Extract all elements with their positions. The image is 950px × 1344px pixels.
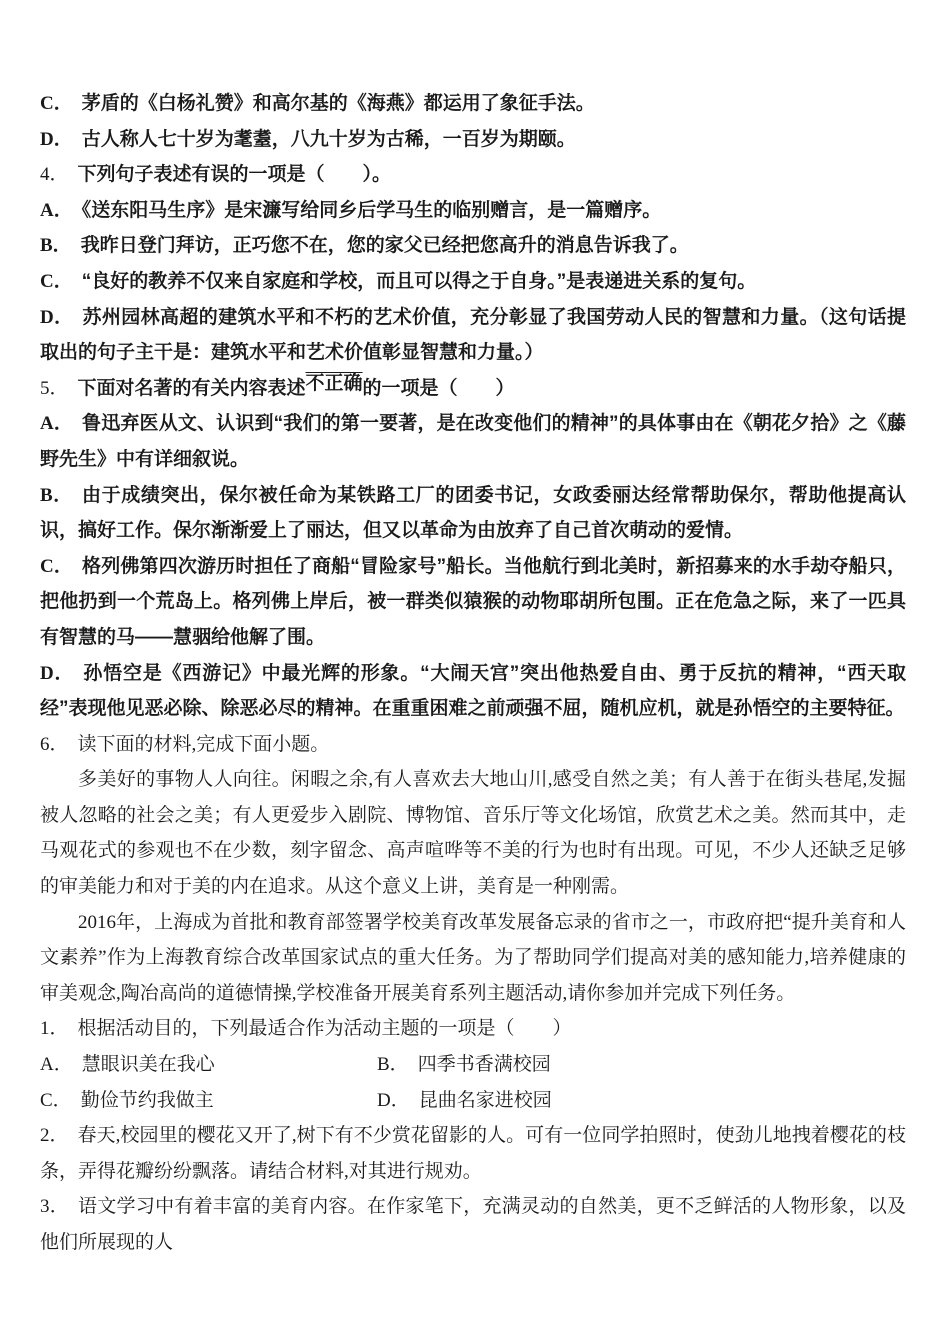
option-text: 苏州园林高超的建筑水平和不朽的艺术价值，充分彰显了我国劳动人民的智慧和力量。（这… (40, 307, 906, 364)
sub-question-1-stem: 1．根据活动目的，下列最适合作为活动主题的一项是（ ） (40, 1011, 906, 1047)
question-stem-text: 春天,校园里的樱花又开了,树下有不少赏花留影的人。可有一位同学拍照时，使劲儿地拽… (40, 1125, 906, 1182)
q4-option-a-line: A．《送东阳马生序》是宋濂写给同乡后学马生的临别赠言，是一篇赠序。 (40, 193, 906, 229)
option-text: 四季书香满校园 (418, 1054, 551, 1075)
option-text: “良好的教养不仅来自家庭和学校，而且可以得之于自身。”是表递进关系的复句。 (82, 271, 757, 292)
option-text: 《送东阳马生序》是宋濂写给同乡后学马生的临别赠言，是一篇赠序。 (82, 200, 662, 221)
question-number: 6． (40, 734, 69, 755)
option-label: D． (40, 129, 73, 150)
option-text: 茅盾的《白杨礼赞》和高尔基的《海燕》都运用了象征手法。 (82, 93, 595, 114)
question-number: 4． (40, 164, 69, 185)
option-text: 勤俭节约我做主 (81, 1090, 214, 1111)
option-label: D． (40, 663, 74, 684)
option-label: C． (40, 1090, 72, 1111)
option-label: B． (377, 1054, 409, 1075)
question-number: 1． (40, 1018, 69, 1039)
option-label: B． (40, 235, 72, 256)
question-stem-text: 下面对名著的有关内容表述 (78, 378, 306, 399)
emphasized-text: 不正确 (306, 373, 363, 394)
option-text: 由于成绩突出，保尔被任命为某铁路工厂的团委书记，女政委丽达经常帮助保尔，帮助他提… (40, 485, 906, 542)
q3-option-c-line: C．茅盾的《白杨礼赞》和高尔基的《海燕》都运用了象征手法。 (40, 86, 906, 122)
sub-question-2-stem: 2．春天,校园里的樱花又开了,树下有不少赏花留影的人。可有一位同学拍照时，使劲儿… (40, 1118, 906, 1189)
question-number: 2． (40, 1125, 69, 1146)
exam-document-page: C．茅盾的《白杨礼赞》和高尔基的《海燕》都运用了象征手法。 D．古人称人七十岁为… (0, 0, 950, 1344)
question-stem-text: 根据活动目的，下列最适合作为活动主题的一项是（ ） (78, 1018, 572, 1039)
question-stem-text: 的一项是（ ） (363, 378, 515, 399)
q3-option-d-line: D．古人称人七十岁为耄耋，八九十岁为古稀，一百岁为期颐。 (40, 122, 906, 158)
option-text: 鲁迅弃医从文、认识到“我们的第一要著，是在改变他们的精神”的具体事由在《朝花夕拾… (40, 413, 906, 470)
option-label: A． (40, 413, 73, 434)
option-text: 孙悟空是《西游记》中最光辉的形象。“大闹天宫”突出他热爱自由、勇于反抗的精神，“… (40, 663, 906, 720)
option-text: 我昨日登门拜访，正巧您不在，您的家父已经把您高升的消息告诉我了。 (81, 235, 689, 256)
sub1-option-b: B．四季书香满校园 (377, 1047, 906, 1083)
q4-option-d-line: D．苏州园林高超的建筑水平和不朽的艺术价值，充分彰显了我国劳动人民的智慧和力量。… (40, 300, 906, 371)
question-stem-text: 下列句子表述有误的一项是（ ）。 (78, 164, 392, 185)
q5-option-b-line: B．由于成绩突出，保尔被任命为某铁路工厂的团委书记，女政委丽达经常帮助保尔，帮助… (40, 478, 906, 549)
question-4-stem: 4．下列句子表述有误的一项是（ ）。 (40, 157, 906, 193)
sub1-option-d: D．昆曲名家进校园 (377, 1083, 906, 1119)
sub-question-3-stem: 3．语文学习中有着丰富的美育内容。在作家笔下，充满灵动的自然美，更不乏鲜活的人物… (40, 1189, 906, 1260)
option-label: A． (40, 1054, 73, 1075)
sub1-options-row-cd: C．勤俭节约我做主 D．昆曲名家进校园 (40, 1083, 906, 1119)
option-label: C． (40, 271, 73, 292)
option-text: 慧眼识美在我心 (82, 1054, 215, 1075)
question-number: 3． (40, 1196, 69, 1217)
material-paragraph-1: 多美好的事物人人向往。闲暇之余,有人喜欢去大地山川,感受自然之美；有人善于在街头… (40, 762, 906, 904)
question-6-stem: 6．读下面的材料,完成下面小题。 (40, 727, 906, 763)
q5-option-c-line: C．格列佛第四次游历时担任了商船“冒险家号”船长。当他航行到北美时，新招募来的水… (40, 549, 906, 656)
q5-option-d-line: D．孙悟空是《西游记》中最光辉的形象。“大闹天宫”突出他热爱自由、勇于反抗的精神… (40, 656, 906, 727)
option-text: 昆曲名家进校园 (419, 1090, 552, 1111)
option-text: 格列佛第四次游历时担任了商船“冒险家号”船长。当他航行到北美时，新招募来的水手劫… (40, 556, 906, 648)
exam-document-body: C．茅盾的《白杨礼赞》和高尔基的《海燕》都运用了象征手法。 D．古人称人七十岁为… (0, 0, 950, 1261)
option-label: C． (40, 93, 73, 114)
q4-option-c-line: C．“良好的教养不仅来自家庭和学校，而且可以得之于自身。”是表递进关系的复句。 (40, 264, 906, 300)
sub1-option-a: A．慧眼识美在我心 (40, 1047, 377, 1083)
option-label: D． (377, 1090, 410, 1111)
option-label: A． (40, 200, 73, 221)
question-stem-text: 语文学习中有着丰富的美育内容。在作家笔下，充满灵动的自然美，更不乏鲜活的人物形象… (40, 1196, 906, 1253)
q5-option-a-line: A．鲁迅弃医从文、认识到“我们的第一要著，是在改变他们的精神”的具体事由在《朝花… (40, 406, 906, 477)
question-5-stem: 5．下面对名著的有关内容表述不正确的一项是（ ） (40, 371, 906, 407)
option-label: B． (40, 485, 73, 506)
question-stem-text: 读下面的材料,完成下面小题。 (78, 734, 330, 755)
option-label: D． (40, 307, 73, 328)
sub1-option-c: C．勤俭节约我做主 (40, 1083, 377, 1119)
option-text: 古人称人七十岁为耄耋，八九十岁为古稀，一百岁为期颐。 (82, 129, 576, 150)
q4-option-b-line: B．我昨日登门拜访，正巧您不在，您的家父已经把您高升的消息告诉我了。 (40, 228, 906, 264)
sub1-options-row-ab: A．慧眼识美在我心 B．四季书香满校园 (40, 1047, 906, 1083)
question-number: 5． (40, 378, 69, 399)
option-label: C． (40, 556, 73, 577)
material-paragraph-2: 2016年，上海成为首批和教育部签署学校美育改革发展备忘录的省市之一，市政府把“… (40, 905, 906, 1012)
